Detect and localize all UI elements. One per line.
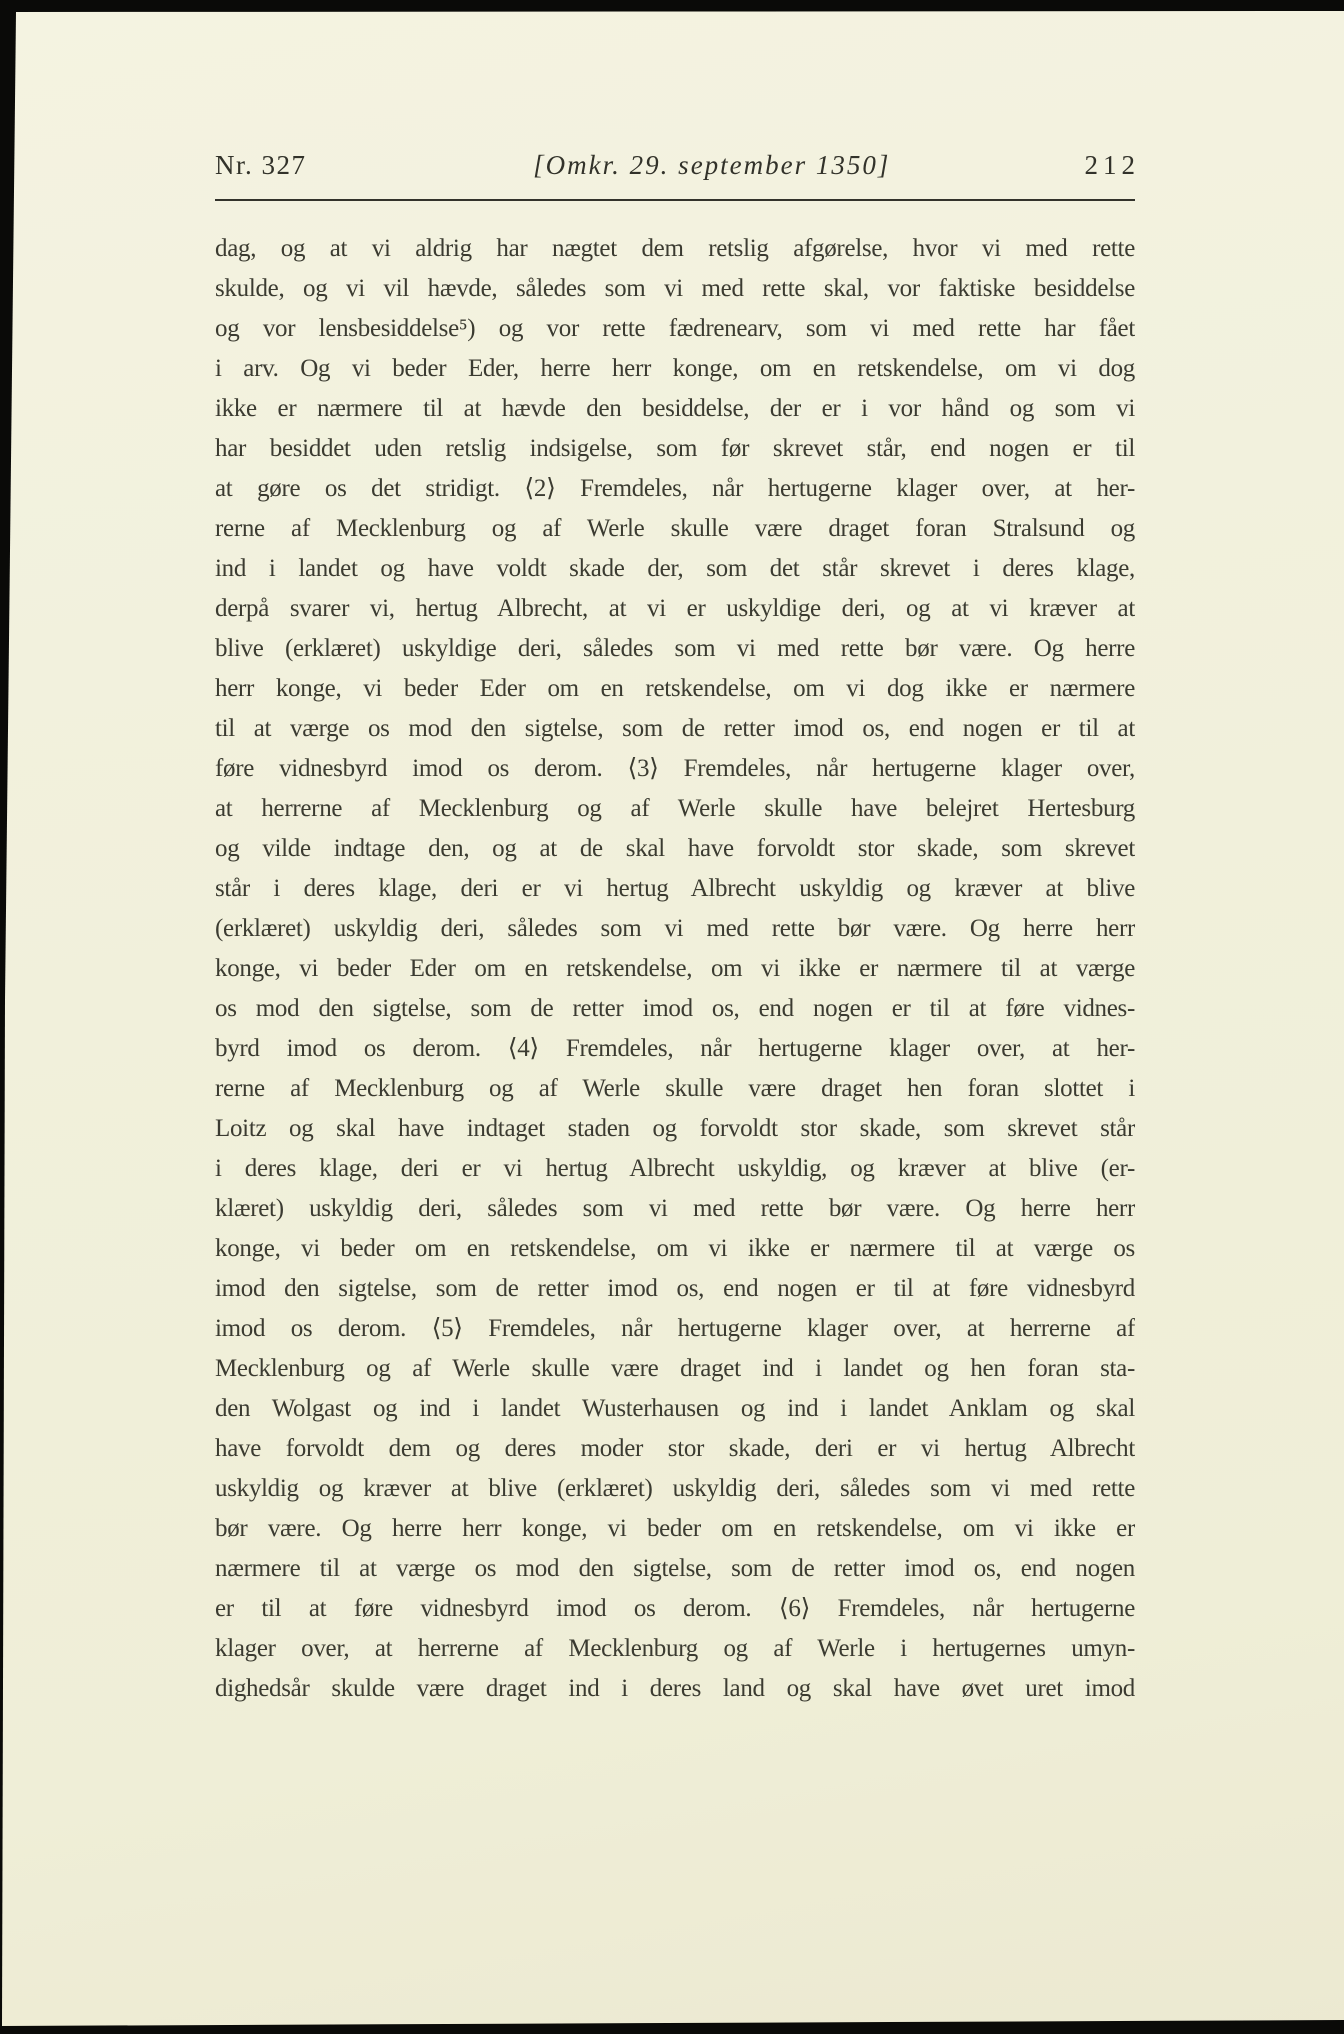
text-line: os mod den sigtelse, som de retter imod … xyxy=(215,989,1135,1029)
text-line: klager over, at herrerne af Mecklenburg … xyxy=(215,1629,1135,1669)
document-number: Nr. 327 xyxy=(215,150,307,181)
text-line: uskyldig og kræver at blive (erklæret) u… xyxy=(215,1469,1135,1509)
text-line: dag, og at vi aldrig har nægtet dem rets… xyxy=(215,229,1135,269)
text-line: blive (erklæret) uskyldige deri, således… xyxy=(215,629,1135,669)
paper-sheet: Nr. 327 [Omkr. 29. september 1350] 212 d… xyxy=(0,0,1344,2034)
header-rule xyxy=(215,199,1135,201)
text-line: er til at føre vidnesbyrd imod os derom.… xyxy=(215,1589,1135,1629)
text-line: ikke er nærmere til at hævde den besidde… xyxy=(215,389,1135,429)
text-line: i deres klage, deri er vi hertug Albrech… xyxy=(215,1149,1135,1189)
text-line: ind i landet og have voldt skade der, so… xyxy=(215,549,1135,589)
text-line: at gøre os det stridigt. ⟨2⟩ Fremdeles, … xyxy=(215,469,1135,509)
text-line: Mecklenburg og af Werle skulle være drag… xyxy=(215,1349,1135,1389)
document-date: [Omkr. 29. september 1350] xyxy=(533,150,890,181)
text-line: bør være. Og herre herr konge, vi beder … xyxy=(215,1509,1135,1549)
text-line: (erklæret) uskyldig deri, således som vi… xyxy=(215,909,1135,949)
text-line: til at værge os mod den sigtelse, som de… xyxy=(215,709,1135,749)
text-line: har besiddet uden retslig indsigelse, so… xyxy=(215,429,1135,469)
text-line: have forvoldt dem og deres moder stor sk… xyxy=(215,1429,1135,1469)
page-body: dag, og at vi aldrig har nægtet dem rets… xyxy=(215,229,1135,1709)
text-line: dighedsår skulde være draget ind i deres… xyxy=(215,1669,1135,1709)
text-line: imod os derom. ⟨5⟩ Fremdeles, når hertug… xyxy=(215,1309,1135,1349)
text-line: imod den sigtelse, som de retter imod os… xyxy=(215,1269,1135,1309)
text-line: klæret) uskyldig deri, således som vi me… xyxy=(215,1189,1135,1229)
text-line: skulde, og vi vil hævde, således som vi … xyxy=(215,269,1135,309)
text-line: konge, vi beder Eder om en retskendelse,… xyxy=(215,949,1135,989)
page-header: Nr. 327 [Omkr. 29. september 1350] 212 xyxy=(215,150,1135,188)
text-line: Loitz og skal have indtaget staden og fo… xyxy=(215,1109,1135,1149)
text-line: nærmere til at værge os mod den sigtelse… xyxy=(215,1549,1135,1589)
text-line: og vilde indtage den, og at de skal have… xyxy=(215,829,1135,869)
text-line: derpå svarer vi, hertug Albrecht, at vi … xyxy=(215,589,1135,629)
text-line: at herrerne af Mecklenburg og af Werle s… xyxy=(215,789,1135,829)
text-line: og vor lensbesiddelse⁵) og vor rette fæd… xyxy=(215,309,1135,349)
scan-page: Nr. 327 [Omkr. 29. september 1350] 212 d… xyxy=(0,0,1344,2034)
text-line: herr konge, vi beder Eder om en retskend… xyxy=(215,669,1135,709)
text-line: i arv. Og vi beder Eder, herre herr kong… xyxy=(215,349,1135,389)
text-line: rerne af Mecklenburg og af Werle skulle … xyxy=(215,509,1135,549)
page-number: 212 xyxy=(1085,150,1141,181)
text-line: konge, vi beder om en retskendelse, om v… xyxy=(215,1229,1135,1269)
text-line: den Wolgast og ind i landet Wusterhausen… xyxy=(215,1389,1135,1429)
page-content: Nr. 327 [Omkr. 29. september 1350] 212 d… xyxy=(215,150,1135,1709)
text-line: rerne af Mecklenburg og af Werle skulle … xyxy=(215,1069,1135,1109)
text-line: føre vidnesbyrd imod os derom. ⟨3⟩ Fremd… xyxy=(215,749,1135,789)
text-line: står i deres klage, deri er vi hertug Al… xyxy=(215,869,1135,909)
text-line: byrd imod os derom. ⟨4⟩ Fremdeles, når h… xyxy=(215,1029,1135,1069)
